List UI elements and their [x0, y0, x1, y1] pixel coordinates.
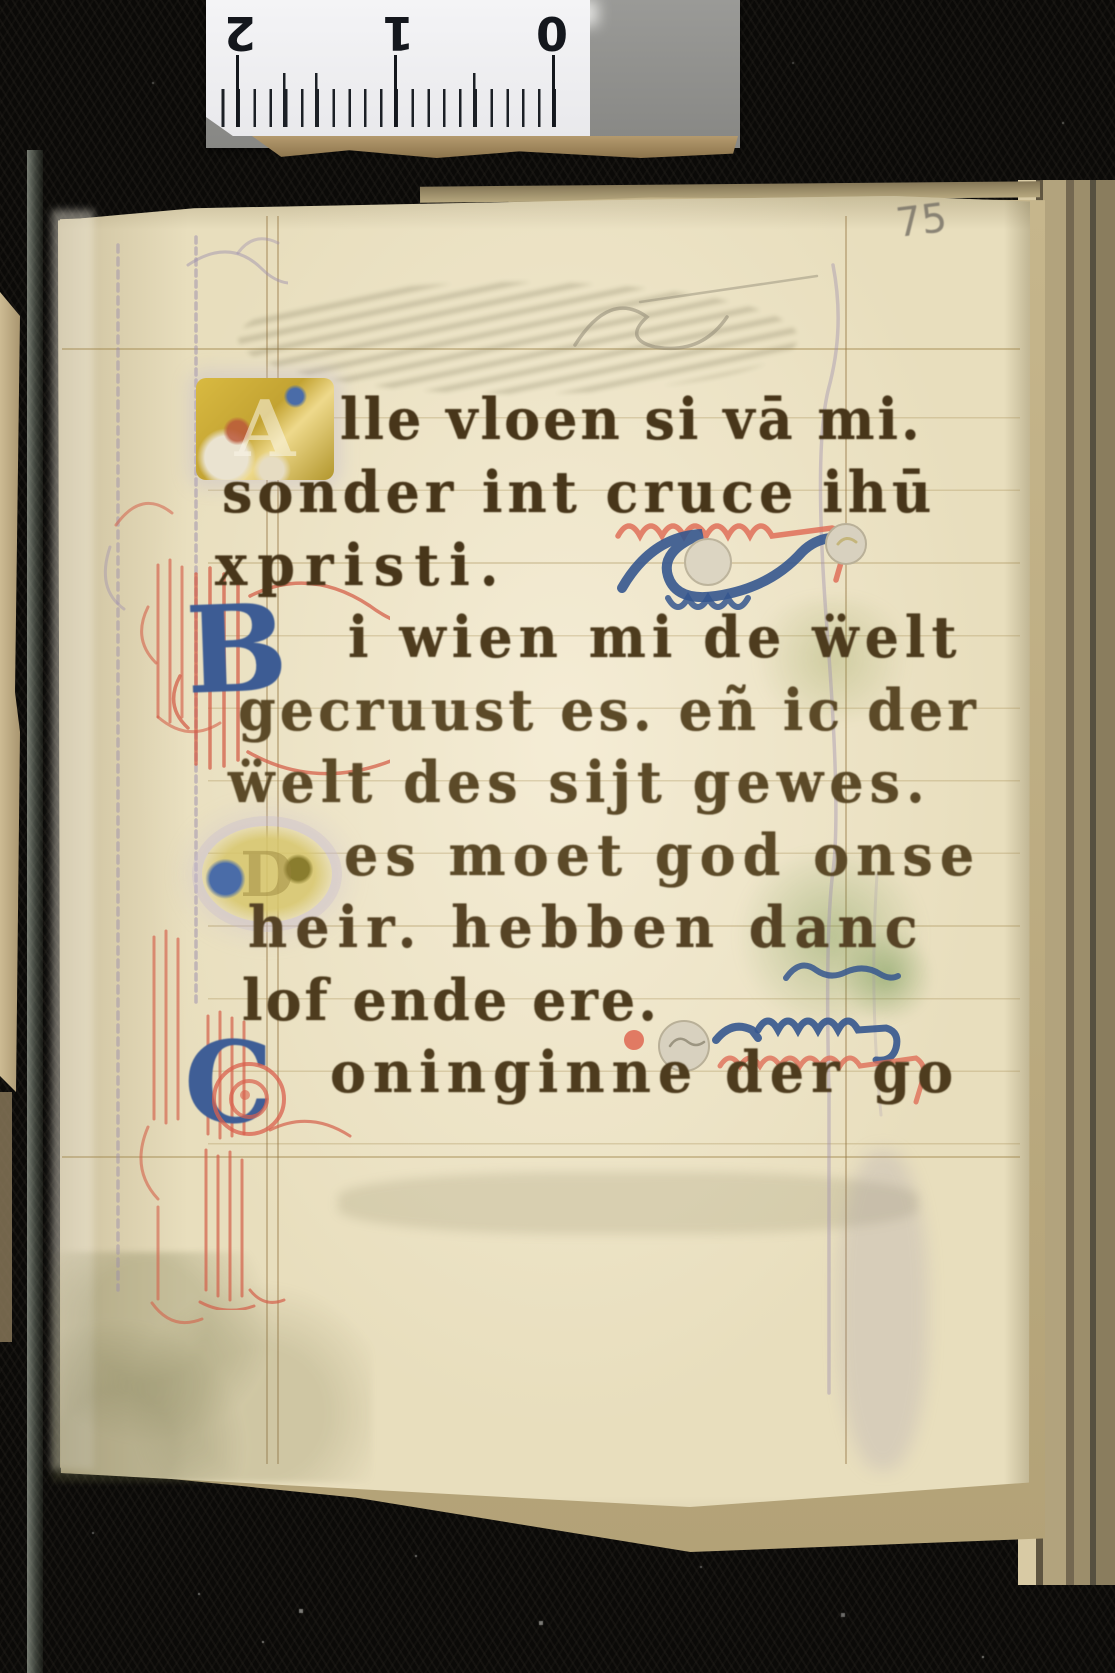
text-line-1: lle vloen si vā mi.	[340, 390, 923, 447]
text-line-10: oninginne der go	[330, 1043, 960, 1100]
ruler-label-0: 0	[536, 6, 568, 60]
text-line-4: i wien mi de ẅelt	[348, 608, 962, 665]
text-line-6: ẅelt des sijt gewes.	[228, 753, 931, 810]
cardboard-edge	[252, 136, 738, 158]
facing-page-sliver-lower	[0, 1092, 12, 1342]
text-line-3: xpristi.	[215, 536, 509, 593]
red-spiral-in-C	[212, 1062, 286, 1136]
text-line-7: es moet god onse	[344, 826, 981, 883]
ruler-cm-ticks	[220, 55, 568, 127]
facing-page-sliver	[0, 292, 20, 1092]
dust-specks	[0, 0, 2, 2]
text-line-8: heir. hebben danc	[248, 898, 926, 955]
centimetre-ruler: 2 1 0	[206, 0, 590, 136]
manuscript-photo: 2 1 0	[0, 0, 1115, 1673]
text-line-5: gecruust es. eñ ic der	[238, 681, 980, 738]
text-line-2: sonder int cruce ihū	[222, 463, 936, 520]
glass-plate-edge	[27, 150, 43, 1673]
folio-number: 75	[893, 195, 949, 247]
pen-trial-squiggle	[545, 250, 835, 380]
ruler-label-1: 1	[382, 6, 414, 60]
text-line-9: lof ende ere.	[242, 971, 660, 1028]
ruler-label-2: 2	[224, 6, 256, 60]
